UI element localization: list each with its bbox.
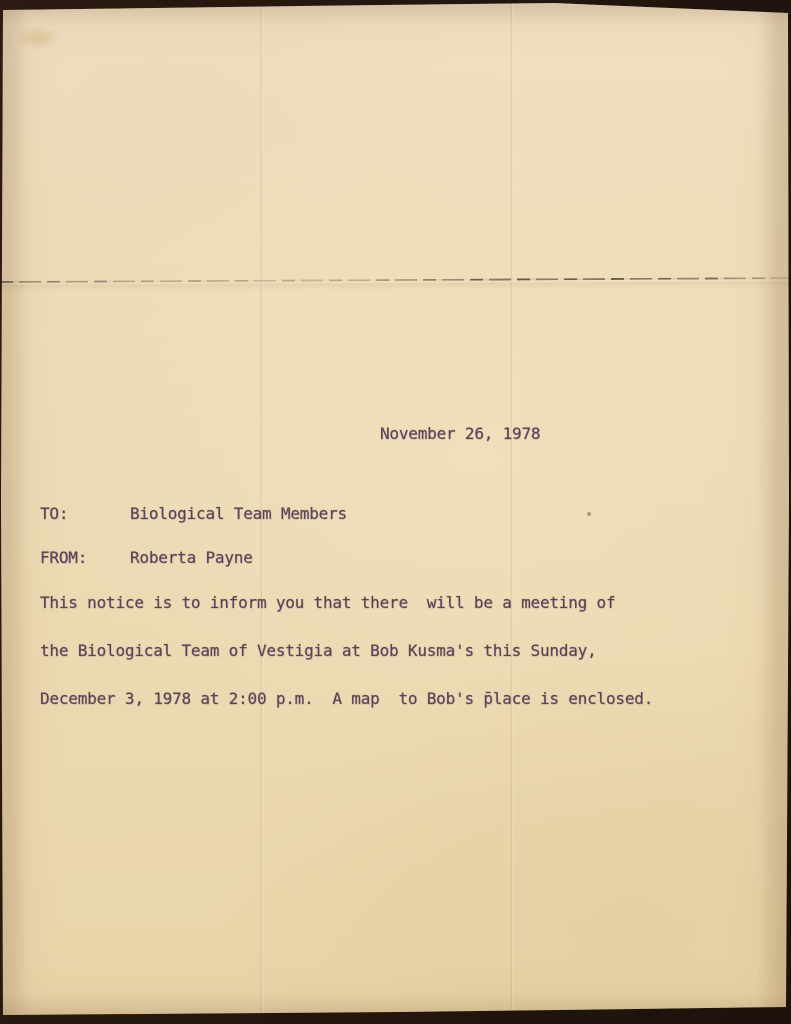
memo-body-line: December 3, 1978 at 2:00 p.m. A map to B… xyxy=(40,689,653,709)
memo-from-line: FROM:Roberta Payne xyxy=(40,548,253,568)
from-label: FROM: xyxy=(40,548,130,568)
from-value: Roberta Payne xyxy=(130,548,253,567)
ink-speck xyxy=(587,512,591,516)
memo-paper: November 26, 1978 TO:Biological Team Mem… xyxy=(0,0,791,1024)
photo-background: November 26, 1978 TO:Biological Team Mem… xyxy=(0,0,791,1024)
memo-to-line: TO:Biological Team Members xyxy=(40,504,347,524)
vertical-fold-crease-right xyxy=(510,0,514,1024)
memo-date: November 26, 1978 xyxy=(380,424,540,444)
to-label: TO: xyxy=(40,504,130,524)
horizontal-fold-shadow xyxy=(0,281,791,293)
memo-body-line: the Biological Team of Vestigia at Bob K… xyxy=(40,641,597,661)
to-value: Biological Team Members xyxy=(130,504,347,523)
horizontal-fold-ink-line xyxy=(0,277,789,283)
paper-stain xyxy=(16,26,60,50)
memo-body-line: This notice is to inform you that there … xyxy=(40,593,615,613)
